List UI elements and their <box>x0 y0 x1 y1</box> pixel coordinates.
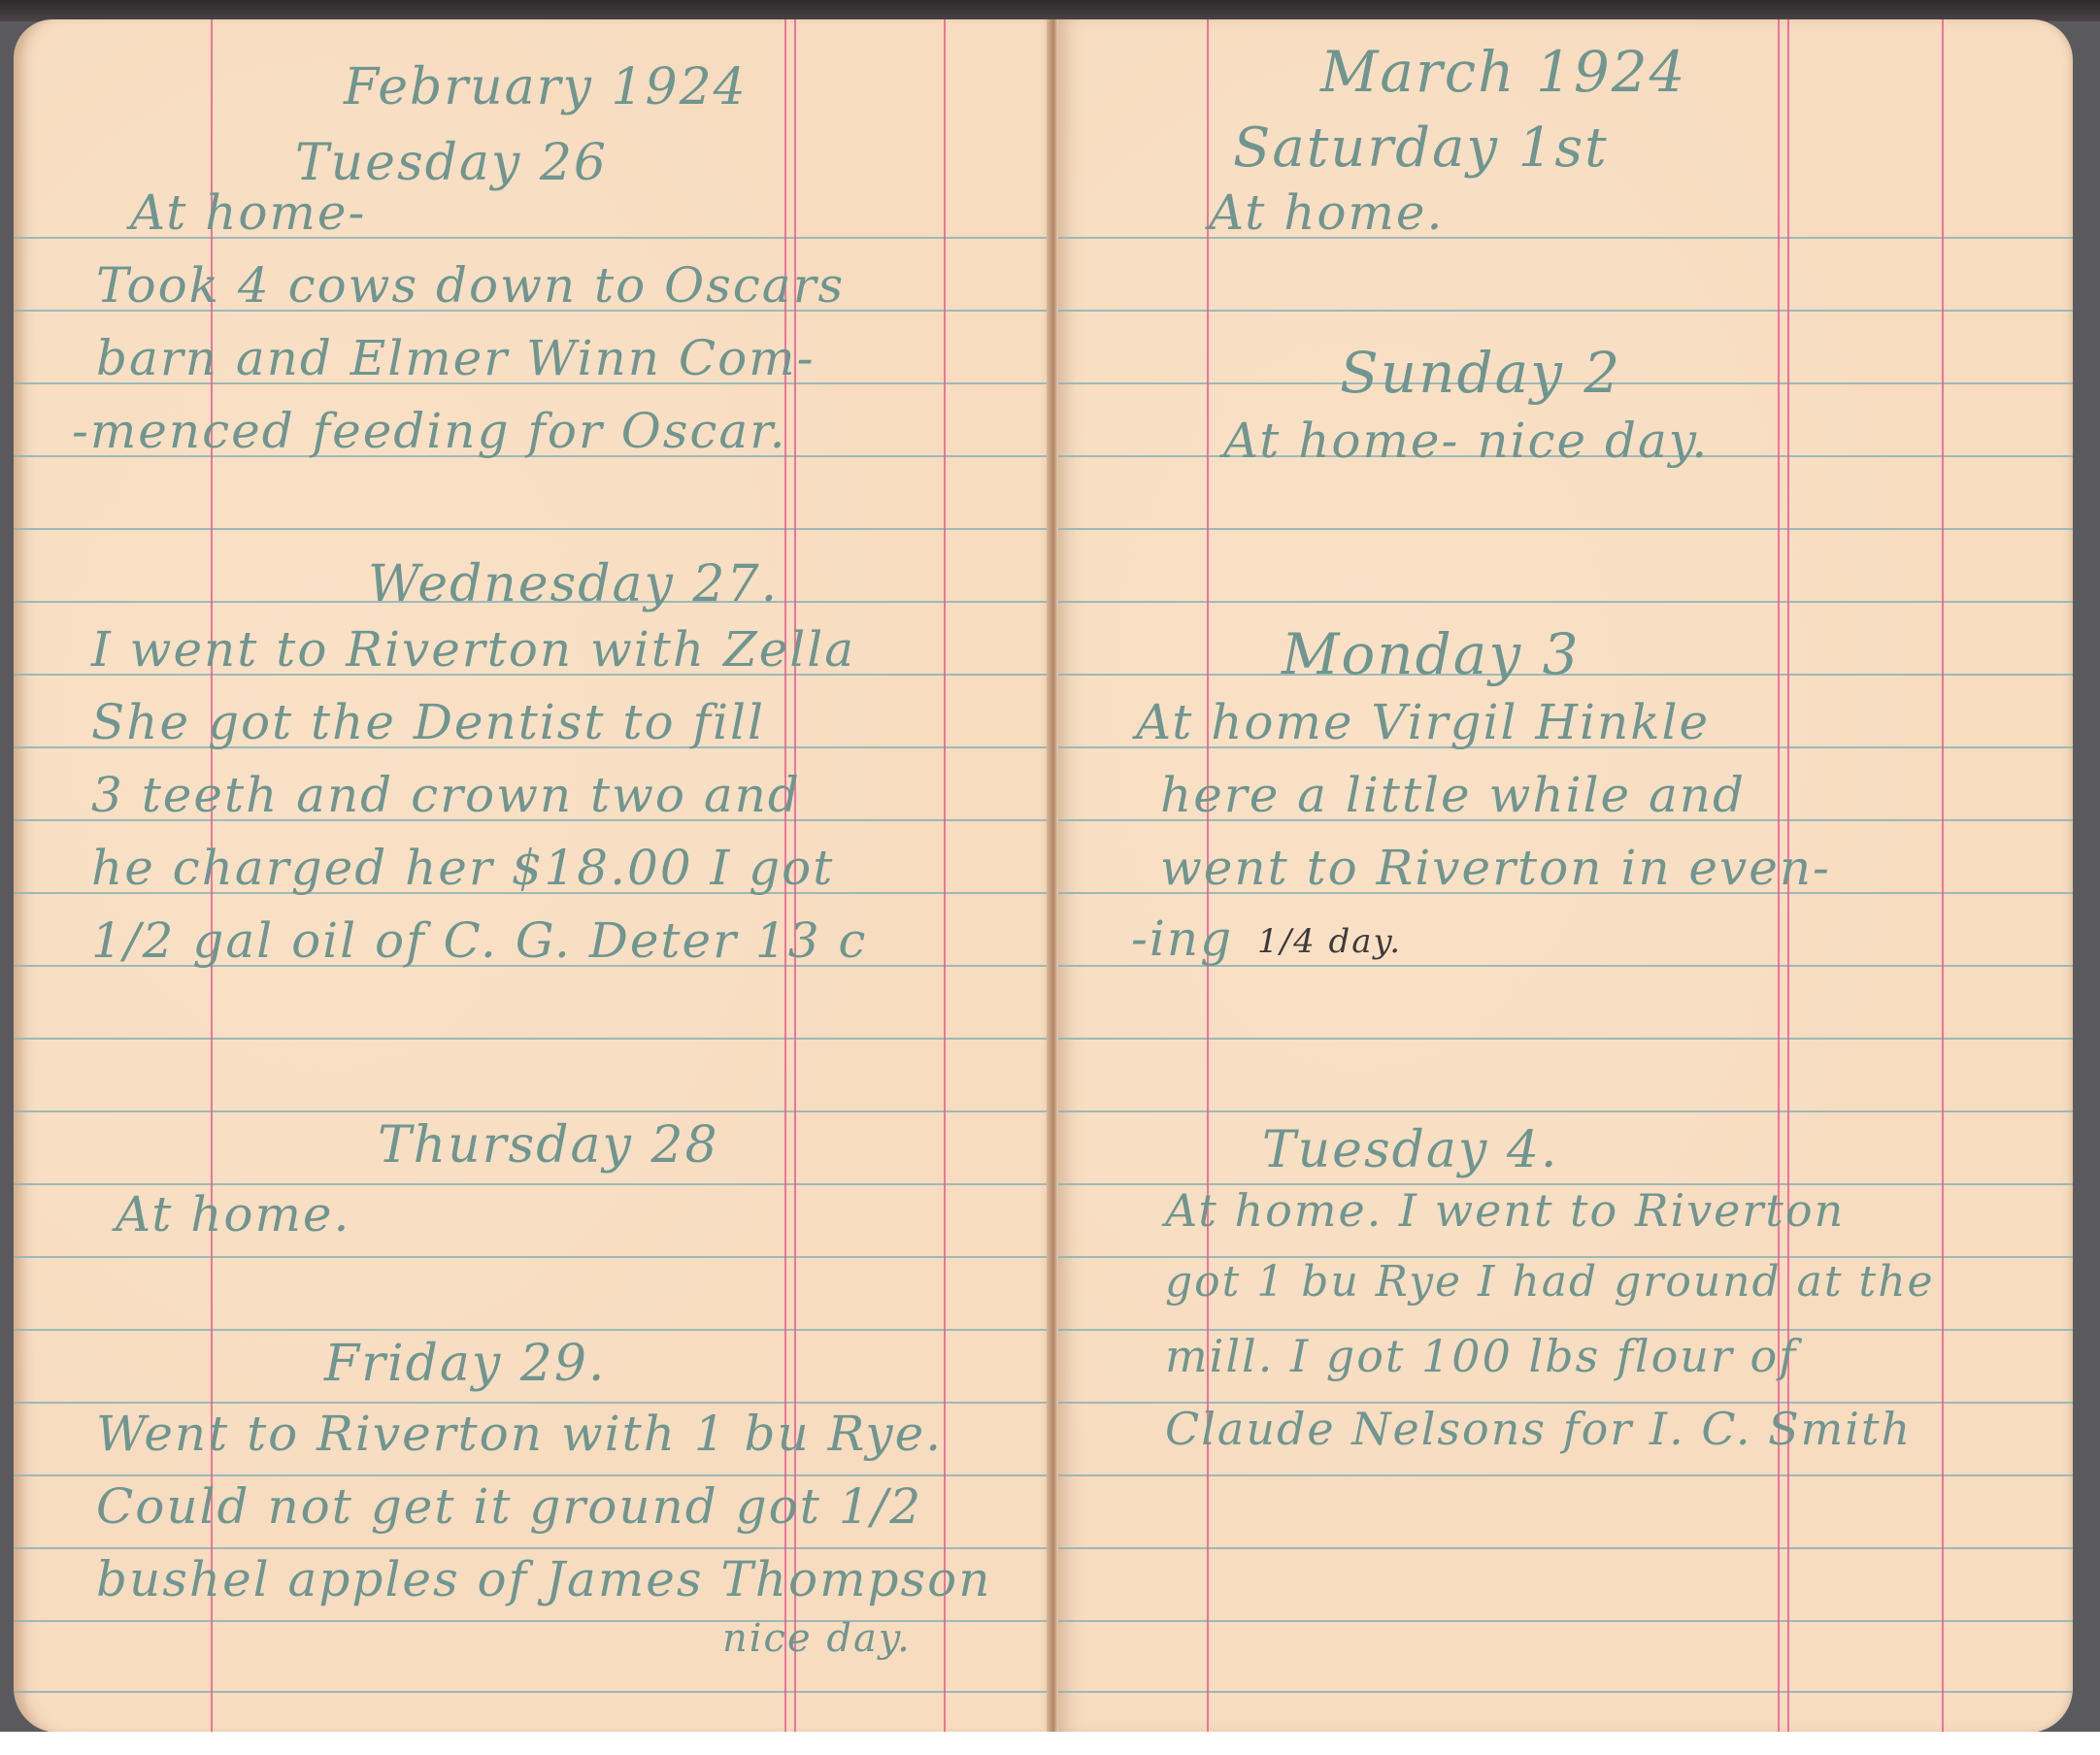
day-heading: Wednesday 27. <box>368 555 779 613</box>
entry-line: Went to Riverton with 1 bu Rye. <box>96 1406 943 1462</box>
right-page: March 1924 Saturday 1st At home. Sunday … <box>1058 19 2073 1733</box>
ruled-line <box>14 1329 1054 1331</box>
ruled-line <box>1058 1474 2073 1476</box>
pencil-note: 1/4 day. <box>1257 922 1402 961</box>
day-heading: Sunday 2 <box>1340 340 1621 406</box>
column-line <box>944 19 946 1733</box>
entry-line: mill. I got 100 lbs flour of <box>1165 1330 1797 1382</box>
ruled-line <box>1058 1038 2073 1040</box>
entry-line: At home. I went to Riverton <box>1165 1184 1845 1237</box>
ruled-line <box>1058 1547 2073 1549</box>
entry-line: Claude Nelsons for I. C. Smith <box>1165 1403 1912 1455</box>
entry-line: At home- <box>130 184 366 241</box>
entry-line: At home Virgil Hinkle <box>1136 694 1710 750</box>
ruled-line <box>14 1110 1054 1112</box>
day-heading: Monday 3 <box>1282 621 1580 687</box>
entry-line: -ing <box>1131 911 1233 967</box>
ruled-line <box>1058 310 2073 312</box>
month-heading: March 1924 <box>1320 39 1687 105</box>
left-page: February 1924 Tuesday 26 At home- Took 4… <box>14 19 1054 1733</box>
entry-line: I went to Riverton with Zella <box>91 621 855 678</box>
month-heading: February 1924 <box>344 58 748 116</box>
ruled-line <box>14 528 1054 530</box>
ruled-line <box>14 1474 1054 1476</box>
ruled-line <box>14 1691 1054 1693</box>
ruled-line <box>1058 601 2073 603</box>
ruled-line <box>14 1547 1054 1549</box>
entry-line: Could not get it ground got 1/2 <box>96 1478 922 1535</box>
ruled-line <box>1058 1110 2073 1112</box>
entry-line: he charged her $18.00 I got <box>91 840 834 896</box>
entry-line: 3 teeth and crown two and <box>91 767 801 823</box>
column-line <box>1942 19 1944 1733</box>
ruled-line <box>1058 528 2073 530</box>
day-heading: Tuesday 4. <box>1262 1121 1558 1179</box>
ruled-line <box>1058 1691 2073 1693</box>
entry-line: Took 4 cows down to Oscars <box>96 257 845 314</box>
day-heading: Thursday 28 <box>378 1116 719 1175</box>
ruled-line <box>14 1402 1054 1404</box>
entry-line: At home- nice day. <box>1223 413 1709 469</box>
day-heading: Saturday 1st <box>1233 116 1609 180</box>
entry-line: nice day. <box>722 1616 912 1661</box>
ruled-line <box>14 1256 1054 1258</box>
entry-line: got 1 bu Rye I had ground at the <box>1165 1257 1935 1307</box>
ruled-line <box>1058 1620 2073 1622</box>
ruled-line <box>14 1038 1054 1040</box>
scanner-bed-bottom <box>0 1732 2100 1755</box>
entry-line: here a little while and <box>1160 767 1746 823</box>
entry-line: At home. <box>1209 184 1444 241</box>
entry-line: went to Riverton in even- <box>1160 840 1831 896</box>
entry-line: bushel apples of James Thompson <box>96 1551 991 1607</box>
scanner-bed-top <box>0 0 2100 21</box>
day-heading: Friday 29. <box>324 1335 606 1393</box>
day-heading: Tuesday 26 <box>295 134 608 192</box>
entry-line: barn and Elmer Winn Com- <box>96 330 815 386</box>
entry-line: -menced feeding for Oscar. <box>72 403 787 459</box>
entry-line: She got the Dentist to fill <box>91 694 765 750</box>
ruled-line <box>14 1183 1054 1185</box>
entry-line: 1/2 gal oil of C. G. Deter 13 c <box>91 912 867 969</box>
entry-line: At home. <box>116 1186 350 1242</box>
